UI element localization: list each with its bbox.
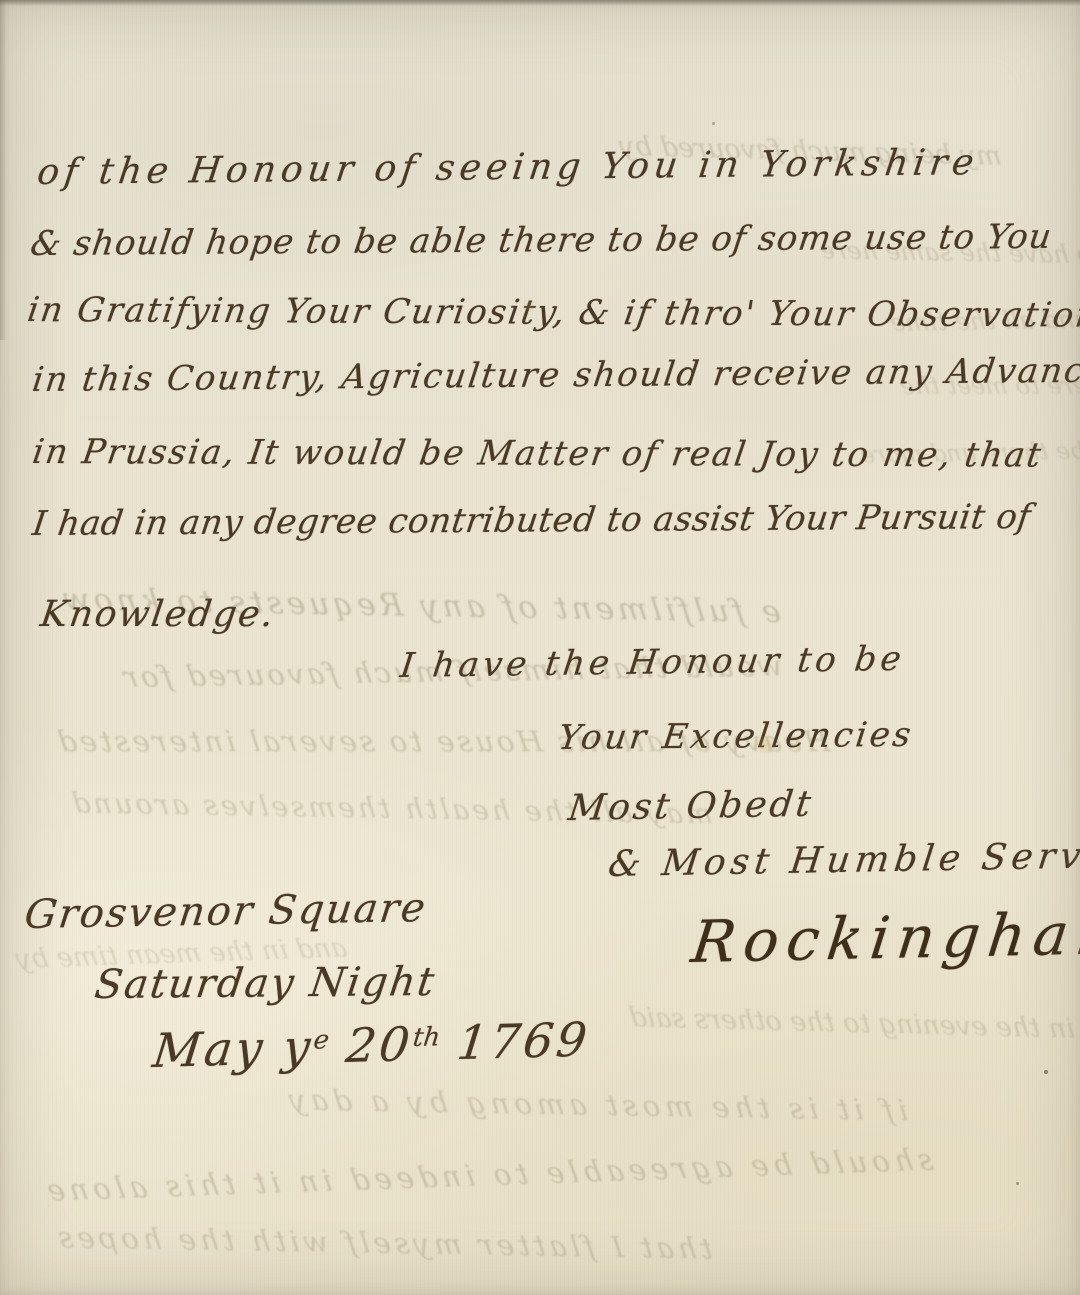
closing-line-4: & Most Humble Servant [606,834,1080,885]
body-line-3: in Gratifying Your Curiosity, & if thro'… [25,290,1080,336]
dateline-place: Grosvenor Square [22,885,430,938]
body-line-2: & should hope to be able there to be of … [28,217,1055,264]
bleed-through-line: should be agreeable to indeed in it this… [39,1142,935,1207]
date-text: 20 [325,1017,415,1074]
bleed-through-line: in the evening to the others said [627,1002,1076,1045]
closing-line-3: Most Obedt [566,784,816,829]
dateline-day: Saturday Night [92,959,439,1008]
date-text: 1769 [436,1013,592,1072]
signature: Rockingham [688,899,1080,976]
date-superscript-th: th [411,1022,442,1053]
ink-speck [1016,1182,1019,1185]
bleed-through-line: if it is the most among by a day [282,1083,909,1128]
body-line-1: of the Honour of seeing You in Yorkshire [35,142,981,193]
body-line-5: in Prussia, It would be Matter of real J… [30,432,1045,476]
dateline-date: May ye 20th 1769 [150,1013,593,1079]
body-line-7: Knowledge. [38,594,278,635]
closing-line-1: I have the Honour to be [398,639,907,686]
bleed-through-line: that I flatter myself with the hopes [52,1220,714,1265]
ink-speck [1044,1070,1048,1074]
body-line-6: I had in any degree contributed to assis… [30,497,1033,544]
photo-top-edge [0,0,1080,6]
ink-speck [712,122,715,125]
letter-page-photo: my being much favoured by to have the sa… [0,0,1080,1295]
body-line-4: in this Country, Agriculture should rece… [30,350,1080,400]
date-text: May y [150,1020,316,1079]
closing-line-2: Your Excellencies [556,715,916,758]
photo-left-edge [0,0,7,340]
